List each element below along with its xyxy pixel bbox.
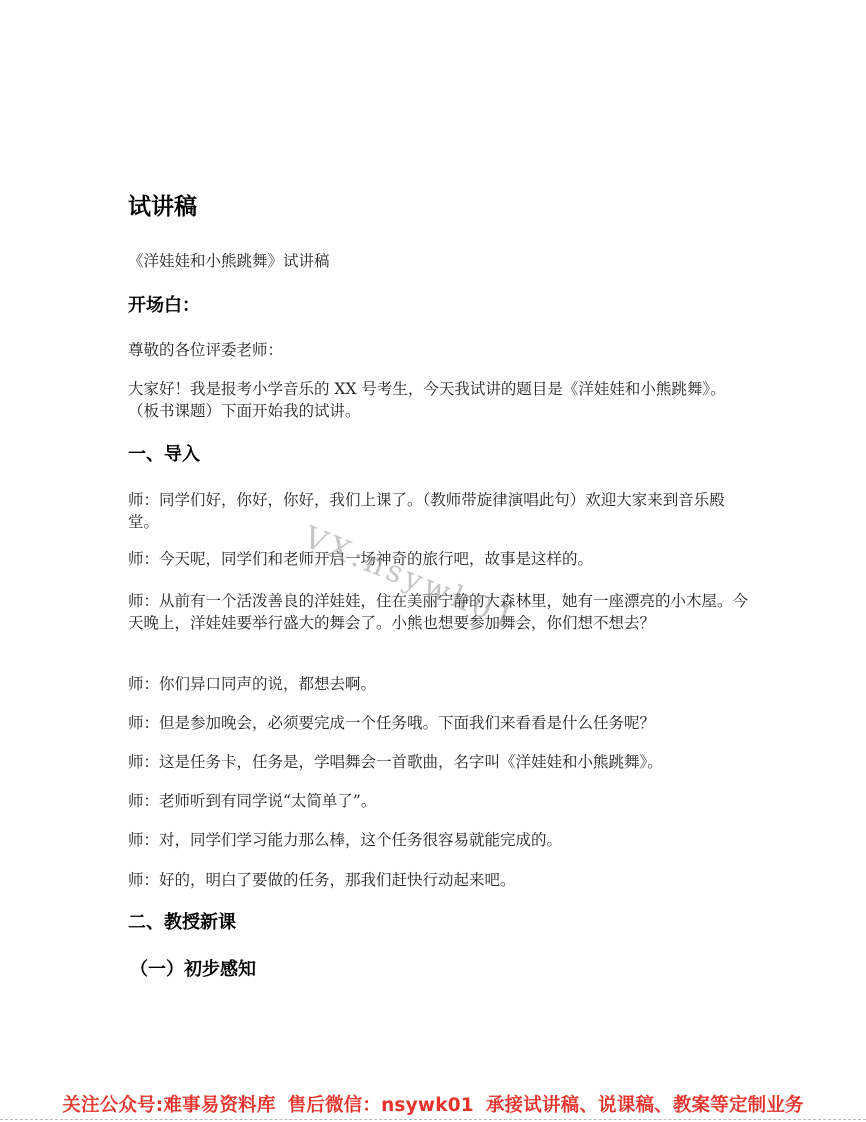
paragraph: 师：从前有一个活泼善良的洋娃娃，住在美丽宁静的大森林里，她有一座漂亮的小木屋。今… [128,590,748,634]
footer-wechat-account: 关注公众号:难事易资料库 [62,1095,275,1116]
paragraph: 师：这是任务卡，任务是，学唱舞会一首歌曲，名字叫《洋娃娃和小熊跳舞》。 [128,751,748,773]
opening-intro: 大家好！我是报考小学音乐的 XX 号考生，今天我试讲的题目是《洋娃娃和小熊跳舞》… [128,378,748,422]
promo-footer: 关注公众号:难事易资料库售后微信：nsywk01承接试讲稿、说课稿、教案等定制业… [0,1093,866,1119]
paragraph: 师：但是参加晚会，必须要完成一个任务哦。下面我们来看看是什么任务呢？ [128,712,748,734]
opening-salutation: 尊敬的各位评委老师： [128,339,748,361]
footer-support-wechat: 售后微信：nsywk01 [288,1095,474,1116]
paragraph: 师：同学们好，你好，你好，我们上课了。（教师带旋律演唱此句）欢迎大家来到音乐殿堂… [128,489,748,533]
document-page: 试讲稿 《洋娃娃和小熊跳舞》试讲稿 开场白： 尊敬的各位评委老师： 大家好！我是… [0,0,866,1122]
document-subtitle: 《洋娃娃和小熊跳舞》试讲稿 [128,250,748,272]
document-title: 试讲稿 [128,193,197,221]
paragraph: 师：老师听到有同学说“太简单了”。 [128,790,748,812]
paragraph: 师：今天呢，同学们和老师开启一场神奇的旅行吧，故事是这样的。 [128,548,748,570]
paragraph: 师：你们异口同声的说，都想去啊。 [128,673,748,695]
paragraph: 师：好的，明白了要做的任务，那我们赶快行动起来吧。 [128,869,748,891]
footer-divider [0,1119,866,1120]
footer-services: 承接试讲稿、说课稿、教案等定制业务 [486,1095,804,1116]
section1-heading: 一、导入 [128,443,200,467]
section2-subheading: （一）初步感知 [130,958,256,982]
opening-heading: 开场白： [128,294,200,318]
paragraph: 师：对，同学们学习能力那么棒，这个任务很容易就能完成的。 [128,829,748,851]
section2-heading: 二、教授新课 [128,911,236,935]
